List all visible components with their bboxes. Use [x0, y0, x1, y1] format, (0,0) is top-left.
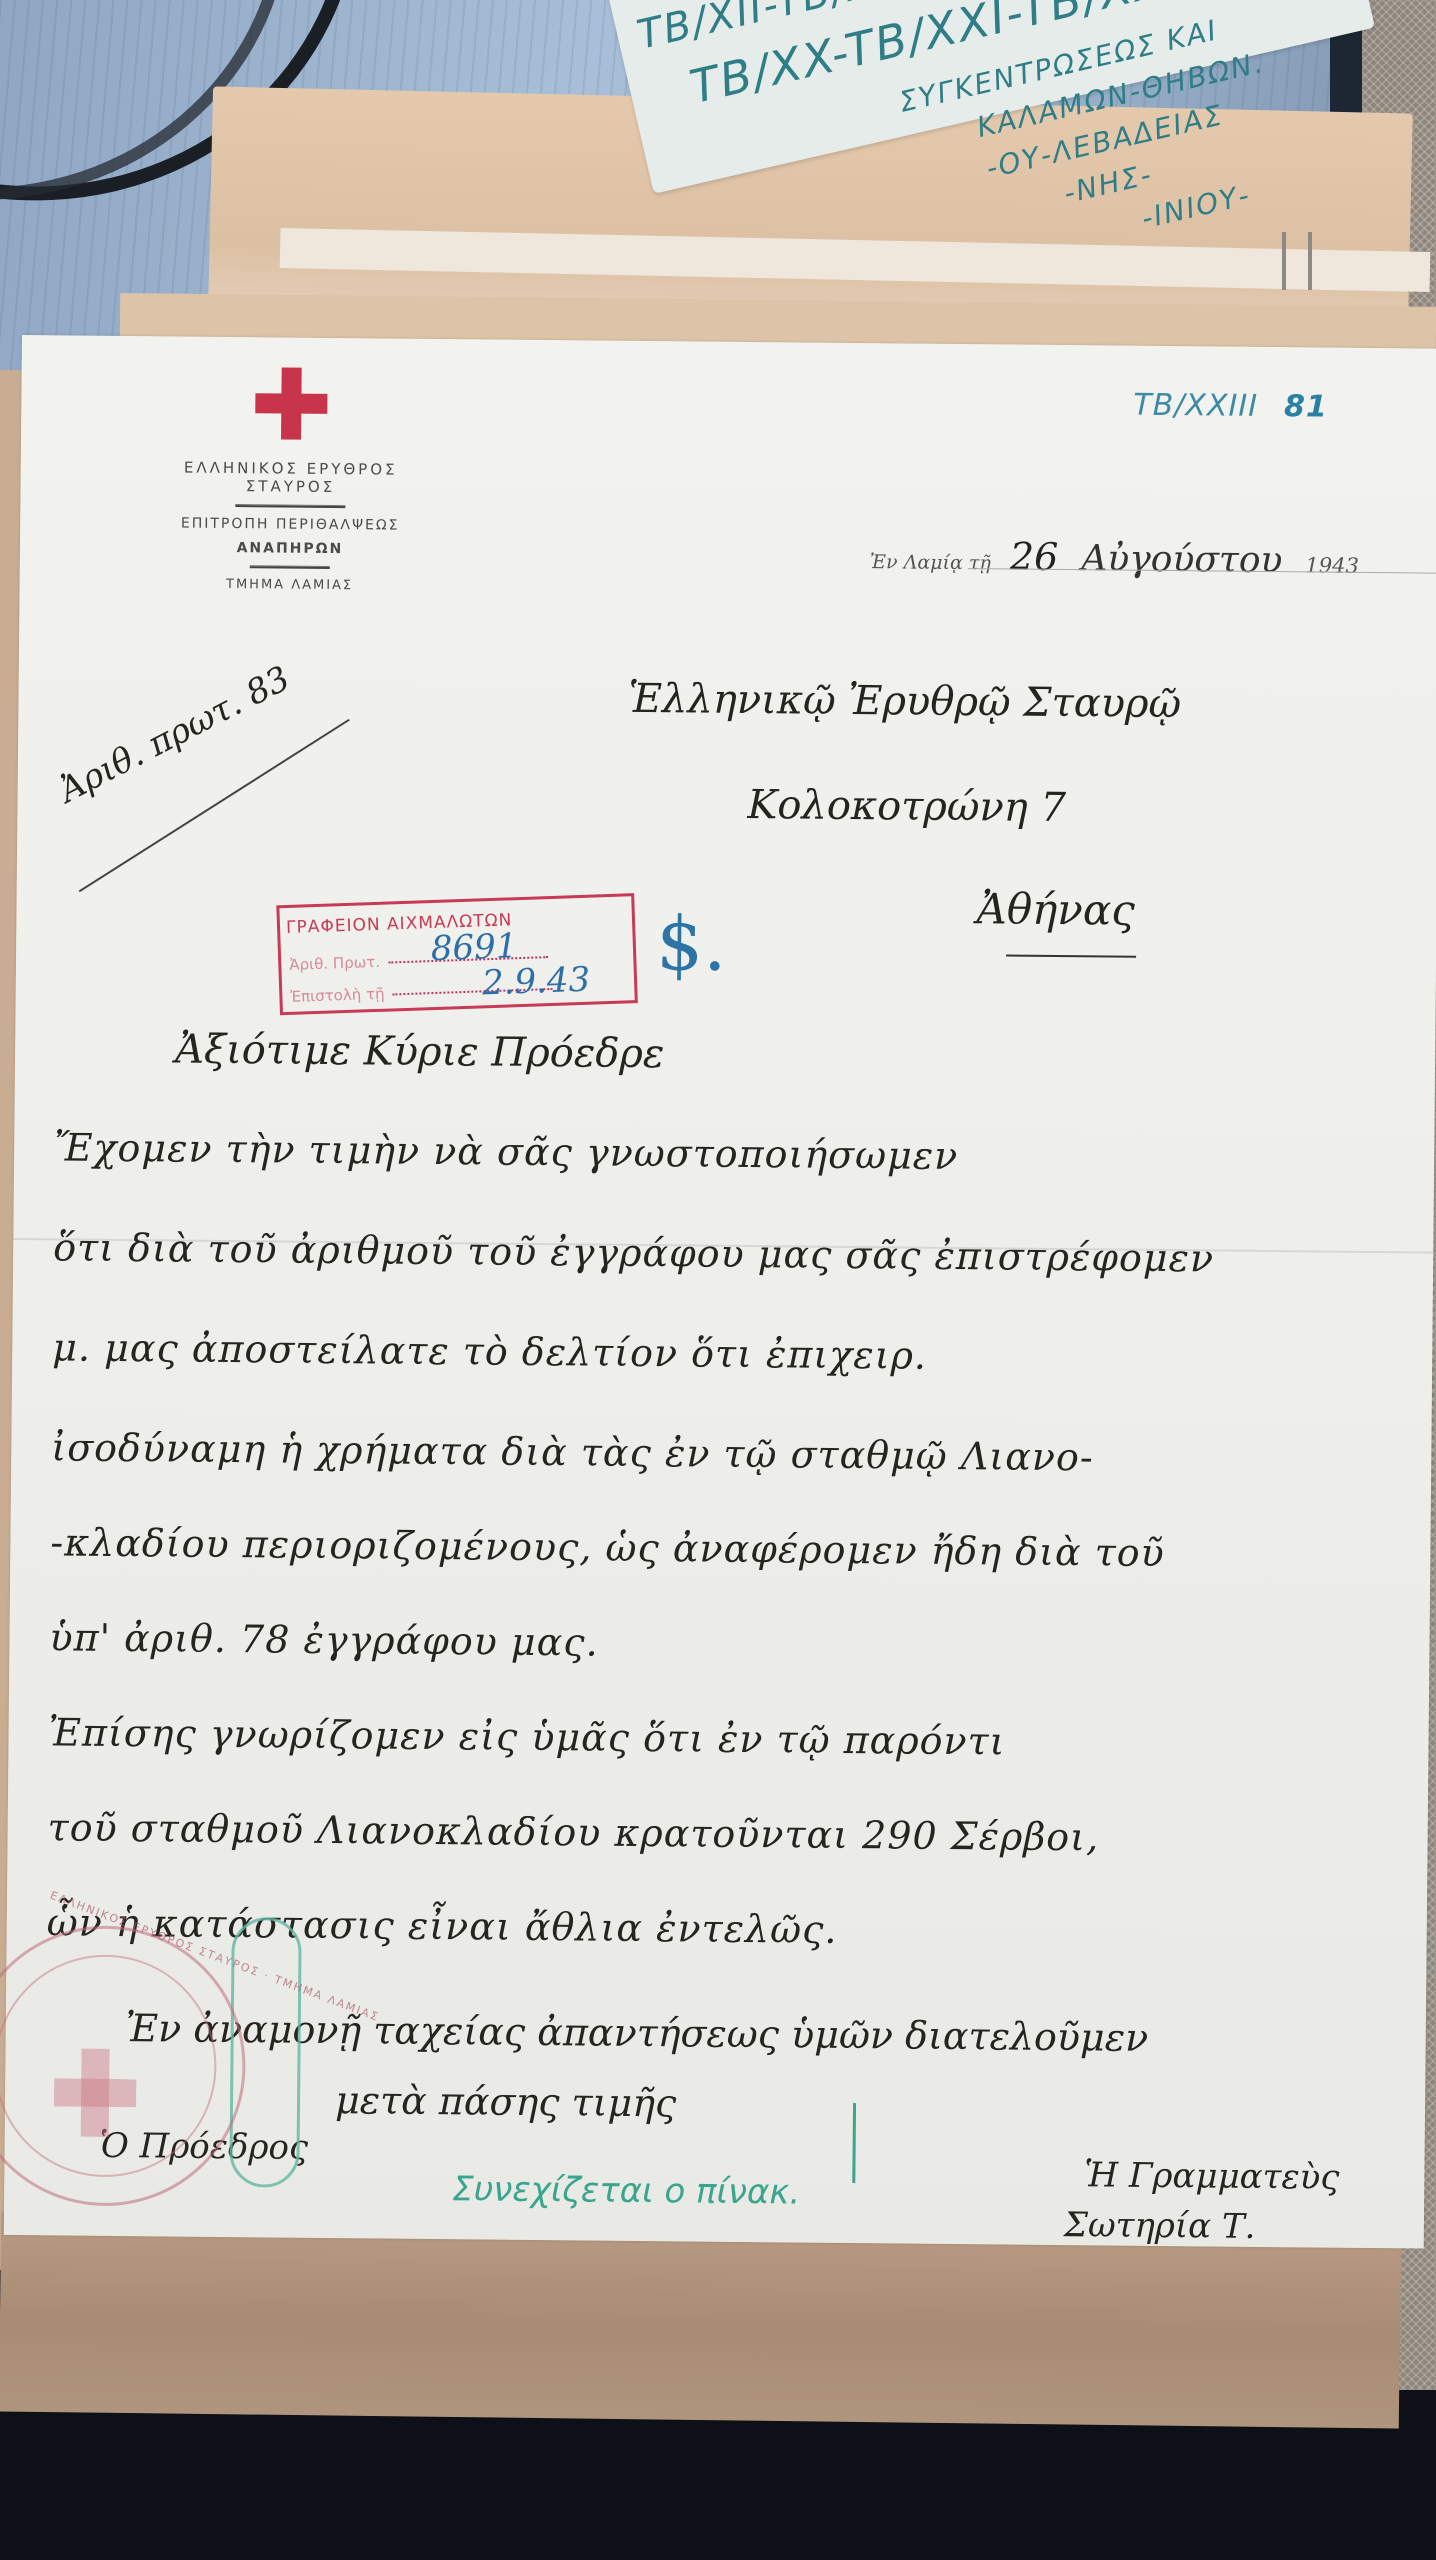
letterhead-branch: ΤΜΗΜΑ ΛΑΜΙΑΣ [140, 576, 440, 594]
recipient-city: Ἀθήνας [976, 884, 1135, 935]
date-prefix: Ἐν Λαμίᾳ τῇ [870, 551, 991, 574]
protocol-number: Ἀριθ. πρωτ. 83 [53, 658, 297, 810]
body-line: ὑπ' ἀριθ. 78 ἐγγράφου μας. [49, 1615, 599, 1664]
green-annotation: Συνεχίζεται ο πίνακ. [452, 2169, 800, 2212]
blue-check-mark: $. [656, 901, 727, 988]
date-line: Ἐν Λαμίᾳ τῇ 26 Αὐγούστου 1943 [870, 533, 1359, 582]
letter-sheet: ΕΛΛΗΝΙΚΟΣ ΕΡΥΘΡΟΣ ΣΤΑΥΡΟΣ ΕΠΙΤΡΟΠΗ ΠΕΡΙΘ… [4, 335, 1436, 2249]
stamp-date-value: 2.9.43 [481, 960, 590, 1004]
archive-code-text: TB/XXIII [1133, 388, 1258, 424]
green-ink-stroke [852, 2103, 856, 2183]
recipient-name: Ἑλληνικῷ Ἐρυθρῷ Σταυρῷ [628, 676, 1181, 727]
staple [1282, 232, 1286, 290]
letterhead-organization: ΕΛΛΗΝΙΚΟΣ ΕΡΥΘΡΟΣ ΣΤΑΥΡΟΣ [140, 458, 440, 497]
closing-line: μετὰ πάσης τιμῆς [335, 2078, 677, 2125]
body-line: Ἐπίσης γνωρίζομεν εἰς ὑμᾶς ὅτι ἐν τῷ παρ… [48, 1710, 1005, 1763]
archive-mark: 81 [1284, 389, 1328, 424]
body-line: ὅτι διὰ τοῦ ἀριθμοῦ τοῦ ἐγγράφου μας σᾶς… [53, 1225, 1214, 1280]
letterhead-committee: ΕΠΙΤΡΟΠΗ ΠΕΡΙΘΑΛΨΕΩΣ [140, 515, 440, 534]
recipient-street: Κολοκοτρώνη 7 [747, 782, 1066, 831]
date-day: 26 [1010, 534, 1059, 578]
recipient-underline [1006, 954, 1136, 957]
stamp-row-label: Ἐπιστολὴ τῇ [290, 985, 385, 1006]
letterhead-committee-sub: ΑΝΑΠΗΡΩΝ [140, 539, 440, 558]
letterhead: ΕΛΛΗΝΙΚΟΣ ΕΡΥΘΡΟΣ ΣΤΑΥΡΟΣ ΕΠΙΤΡΟΠΗ ΠΕΡΙΘ… [140, 366, 442, 594]
body-line: Ἔχομεν τὴν τιμὴν νὰ σᾶς γνωστοποιήσωμεν [54, 1125, 958, 1178]
staple [1308, 232, 1312, 290]
signature-name: Σωτηρία Τ. [1064, 2205, 1256, 2247]
date-month: Αὐγούστου [1081, 538, 1282, 581]
letterhead-divider [235, 504, 345, 508]
signature-title: Ἡ Γραμματεὺς [1084, 2155, 1339, 2197]
body-line: τοῦ σταθμοῦ Λιανοκλαδίου κρατοῦνται 290 … [47, 1805, 1099, 1859]
prisoner-office-stamp: ΓΡΑΦΕΙΟΝ ΑΙΧΜΑΛΩΤΩΝ Ἀριθ. Πρωτ. Ἐπιστολὴ… [276, 893, 638, 1015]
letterhead-divider [250, 565, 330, 569]
date-year: 1943 [1305, 553, 1359, 578]
stamp-row-label: Ἀριθ. Πρωτ. [289, 953, 380, 974]
archive-code: TB/XXIII81 [1133, 388, 1328, 425]
salutation: Ἀξιότιμε Κύριε Πρόεδρε [175, 1027, 665, 1078]
body-line: ἰσοδύναμη ἡ χρήματα διὰ τὰς ἐν τῷ σταθμῷ… [51, 1425, 1094, 1479]
body-line: μ. μας ἀποστείλατε τὸ δελτίον ὅτι ἐπιχει… [52, 1325, 927, 1377]
red-cross-icon [255, 367, 328, 440]
body-line: -κλαδίου περιοριζομένους, ὡς ἀναφέρομεν … [50, 1520, 1165, 1575]
